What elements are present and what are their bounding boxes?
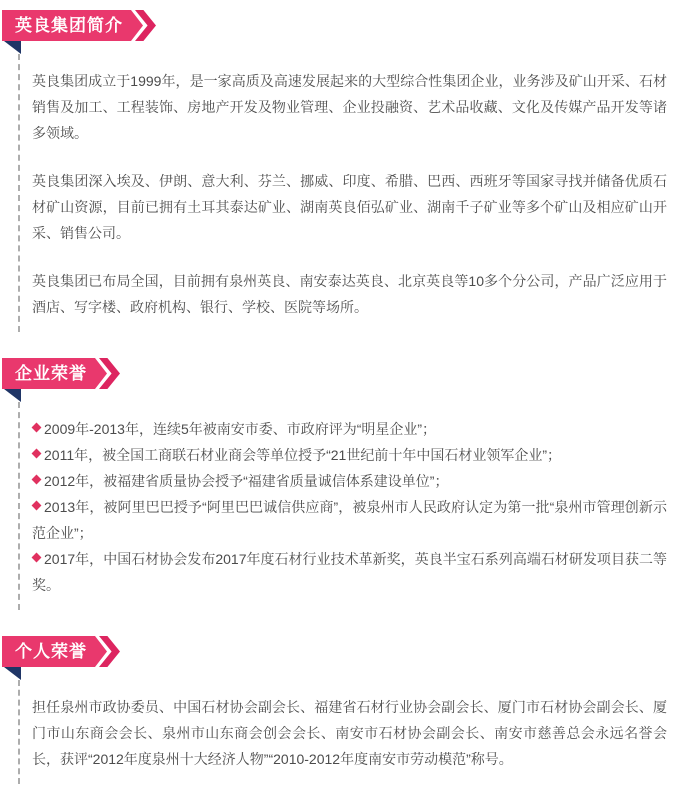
honor-list-item: 2009年-2013年，连续5年被南安市委、市政府评为“明星企业”； bbox=[32, 416, 667, 442]
honor-list-item: 2011年，被全国工商联石材业商会等单位授予“21世纪前十年中国石材业领军企业”… bbox=[32, 442, 667, 468]
intro-paragraph: 英良集团成立于1999年，是一家高质及高速发展起来的大型综合性集团企业，业务涉及… bbox=[32, 68, 667, 146]
honor-list-item: 2017年，中国石材协会发布2017年度石材行业技术革新奖，英良半宝石系列高端石… bbox=[32, 546, 667, 598]
section-company-honors: 企业荣誉 2009年-2013年，连续5年被南安市委、市政府评为“明星企业”； … bbox=[2, 358, 667, 610]
diamond-bullet-icon bbox=[32, 553, 42, 563]
ribbon-fold-icon bbox=[4, 667, 21, 680]
section-title: 企业荣誉 bbox=[2, 358, 107, 389]
section-header-ribbon: 企业荣誉 bbox=[2, 358, 667, 389]
intro-paragraph: 英良集团深入埃及、伊朗、意大利、芬兰、挪威、印度、希腊、巴西、西班牙等国家寻找并… bbox=[32, 168, 667, 246]
section-header-ribbon: 个人荣誉 bbox=[2, 636, 667, 667]
section-content: 英良集团成立于1999年，是一家高质及高速发展起来的大型综合性集团企业，业务涉及… bbox=[18, 54, 667, 332]
honor-text: 2009年-2013年，连续5年被南安市委、市政府评为“明星企业”； bbox=[44, 421, 436, 437]
honor-text: 2011年，被全国工商联石材业商会等单位授予“21世纪前十年中国石材业领军企业”… bbox=[44, 447, 561, 463]
diamond-bullet-icon bbox=[32, 423, 42, 433]
honor-text: 2017年，中国石材协会发布2017年度石材行业技术革新奖，英良半宝石系列高端石… bbox=[32, 551, 667, 593]
intro-paragraph: 英良集团已布局全国，目前拥有泉州英良、南安泰达英良、北京英良等10多个分公司，产… bbox=[32, 268, 667, 320]
section-content: 2009年-2013年，连续5年被南安市委、市政府评为“明星企业”； 2011年… bbox=[18, 402, 667, 610]
honor-list-item: 2012年，被福建省质量协会授予“福建省质量诚信体系建设单位”； bbox=[32, 468, 667, 494]
section-personal-honors: 个人荣誉 担任泉州市政协委员、中国石材协会副会长、福建省石材行业协会副会长、厦门… bbox=[2, 636, 667, 784]
section-header-ribbon: 英良集团简介 bbox=[2, 10, 667, 41]
diamond-bullet-icon bbox=[32, 501, 42, 511]
section-title: 个人荣誉 bbox=[2, 636, 107, 667]
section-company-intro: 英良集团简介 英良集团成立于1999年，是一家高质及高速发展起来的大型综合性集团… bbox=[2, 10, 667, 332]
ribbon-fold-icon bbox=[4, 41, 21, 54]
diamond-bullet-icon bbox=[32, 449, 42, 459]
honor-list-item: 2013年，被阿里巴巴授予“阿里巴巴诚信供应商”，被泉州市人民政府认定为第一批“… bbox=[32, 494, 667, 546]
ribbon-fold-icon bbox=[4, 389, 21, 402]
honor-text: 2013年，被阿里巴巴授予“阿里巴巴诚信供应商”，被泉州市人民政府认定为第一批“… bbox=[32, 499, 667, 541]
company-profile-page: 英良集团简介 英良集团成立于1999年，是一家高质及高速发展起来的大型综合性集团… bbox=[0, 0, 691, 790]
personal-honors-paragraph: 担任泉州市政协委员、中国石材协会副会长、福建省石材行业协会副会长、厦门市石材协会… bbox=[32, 694, 667, 772]
honor-text: 2012年，被福建省质量协会授予“福建省质量诚信体系建设单位”； bbox=[44, 473, 448, 489]
diamond-bullet-icon bbox=[32, 475, 42, 485]
section-content: 担任泉州市政协委员、中国石材协会副会长、福建省石材行业协会副会长、厦门市石材协会… bbox=[18, 680, 667, 784]
section-title: 英良集团简介 bbox=[2, 10, 143, 41]
